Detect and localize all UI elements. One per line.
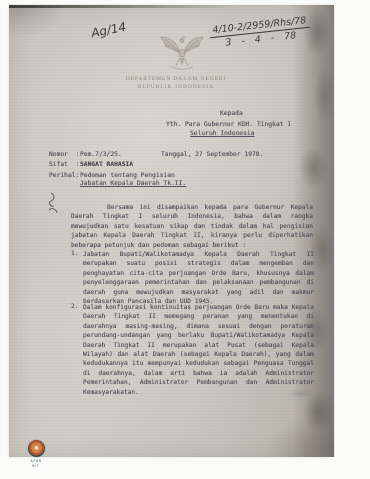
letterhead: DEPARTEMEN DALAM NEGERI REPUBLIK INDONES… xyxy=(105,76,247,91)
letterhead-department: DEPARTEMEN DALAM NEGERI xyxy=(105,76,247,84)
archive-watermark: APBB BIT xyxy=(16,440,56,468)
point-2-number: 2. xyxy=(71,303,79,310)
sifat-label: Sifat : xyxy=(49,161,79,168)
nomor-value: Pem.7/3/25. xyxy=(80,151,122,158)
recipient-line1: Yth. Para Gubernur KDH. Tingkat I xyxy=(166,121,291,128)
faint-mark xyxy=(288,389,314,398)
perihal-label: Perihal: xyxy=(49,172,79,179)
letterhead-republic: REPUBLIK INDONESIA xyxy=(105,84,247,91)
garuda-emblem-icon xyxy=(159,29,205,75)
archive-stamp-text-line1: APBB xyxy=(16,459,56,463)
recipient-line2: Seluruh Indonesia xyxy=(190,130,254,137)
archive-stamp-text-line2: BIT xyxy=(16,464,56,468)
recipient-kepada: Kepada xyxy=(220,110,243,117)
margin-annotation xyxy=(45,191,61,217)
point-1-number: 1. xyxy=(71,250,79,257)
perihal-value-line1: Pedoman tentang Pengisian xyxy=(80,172,175,179)
point-1-text: Jabatan Bupati/Walikotamadya Kepala Daer… xyxy=(83,250,314,306)
scan-top-edge xyxy=(9,5,244,8)
archive-stamp-icon xyxy=(28,440,45,457)
letter-date: Tanggal, 27 September 1978. xyxy=(161,151,263,158)
perihal-value-line2: Jabatan Kepala Daerah Tk.II. xyxy=(80,180,186,187)
point-2-text: Dalam konfigurasi kontinuitas perjuangan… xyxy=(83,303,314,397)
nomor-label: Nomor : xyxy=(49,151,79,158)
letter-paper: Ag/14 4/10-2/2959/Rhs/78 3 - 4 - 78 DEPA… xyxy=(9,5,334,457)
handwritten-code: Ag/14 xyxy=(90,20,127,40)
scanned-letter-page: Ag/14 4/10-2/2959/Rhs/78 3 - 4 - 78 DEPA… xyxy=(0,0,370,479)
body-opening-paragraph: Bersama ini disampaikan kepada para Gube… xyxy=(71,203,313,250)
sifat-value: SANGAT RAHASIA xyxy=(80,161,133,168)
